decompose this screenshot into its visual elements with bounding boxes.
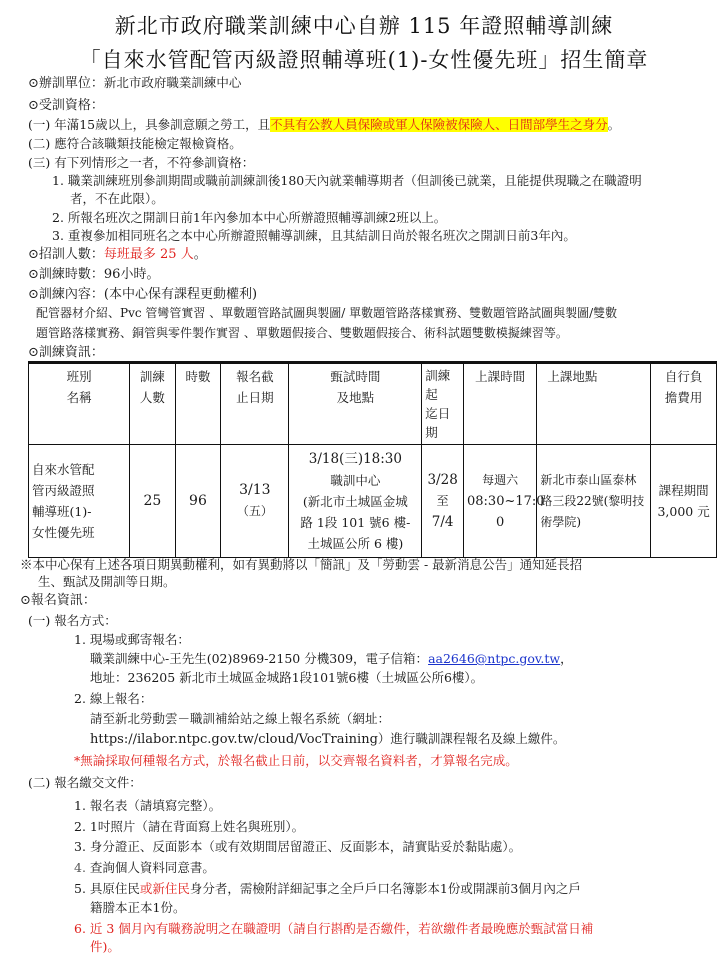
onsite-registration-label: 1. 現場或郵寄報名： [74,631,190,648]
enrollment-label: ⊙招訓人數： [28,247,104,262]
organizer-label: ⊙辦訓單位： [28,76,104,91]
hours-value: 96小時。 [104,267,160,282]
cell-location: 新北市泰山區泰林路三段22號(黎明技術學院) [537,445,651,558]
page-subtitle: 「自來水管配管丙級證照輔導班(1)-女性優先班」招生簡章 [0,44,728,74]
cell-trainees: 25 [130,445,176,558]
document-item-4: 4. 查詢個人資料同意書。 [74,859,215,876]
eligibility-item-1-suffix: 。 [608,117,621,132]
col-fee: 自行負擔費用 [651,363,717,445]
document-item-5-suffix: 身分者，需檢附詳細記事之全戶戶口名簿影本1份或開課前3個月內之戶 [190,881,581,896]
content-line-1: 配管器材介紹、Pvc 管彎管實習 、單數題管路試圖與製圖/ 單數題管路落樣實務、… [36,305,617,322]
col-location: 上課地點 [537,363,651,445]
col-trainees: 訓練人數 [130,363,176,445]
col-class-time: 上課時間 [464,363,537,445]
online-suffix: ）進行職訓課程報名及線上繳件。 [378,731,566,746]
registration-heading: ⊙報名資訊： [20,592,96,609]
online-registration-line-1: 請至新北勞動雲－職訓補給站之線上報名系統（網址： [90,710,390,727]
cell-fee: 課程期間3,000 元 [651,445,717,558]
col-hours: 時數 [175,363,221,445]
cell-exam: 3/18(三)18:30職訓中心(新北市土城區金城路 1段 101 號6 樓-土… [289,445,422,558]
online-registration-label: 2. 線上報名： [74,690,152,707]
content-heading: ⊙訓練內容：(本中心保有課程更動權利) [28,286,257,303]
registration-method-heading: (一) 報名方式： [28,612,117,629]
document-item-6-cont: 件)。 [90,938,120,955]
col-class-name: 班別名稱 [29,363,130,445]
col-deadline: 報名截止日期 [221,363,289,445]
organizer-line: ⊙辦訓單位：新北市政府職業訓練中心 [28,74,241,92]
document-item-2: 2. 1吋照片（請在背面寫上姓名與班別）。 [74,818,304,835]
address-line: 地址：236205 新北市土城區金城路1段101號6樓（土城區公所6樓）。 [90,669,483,686]
contact-suffix: ， [560,651,573,666]
contact-line: 職業訓練中心-王先生(02)8969-2150 分機309，電子信箱：aa264… [90,650,573,667]
document-item-4-number: 4. [74,860,86,875]
eligibility-sub-1-cont: 者，不在此限）。 [70,190,164,207]
eligibility-sub-1: 1. 職業訓練班別參訓期間或職前訓練訓後180天內就業輔導期者（但訓後已就業，且… [52,172,642,189]
hours-line: ⊙訓練時數：96小時。 [28,266,159,283]
cell-deadline: 3/13（五） [221,445,289,558]
registration-warning: *無論採取何種報名方式，於報名截止日前，以交齊報名資料者，才算報名完成。 [74,752,518,769]
eligibility-item-3: (三) 有下列情形之一者，不符參訓資格： [28,154,254,171]
enrollment-line: ⊙招訓人數：每班最多 25 人。 [28,246,207,263]
document-item-6: 6. 近 3 個月內有職務說明之在職證明（請自行斟酌是否繳件，若欲繳件者最晚應於… [74,920,593,937]
col-exam: 甄試時間及地點 [289,363,422,445]
notice-line-2: 生、甄試及開訓等日期。 [38,573,176,590]
content-line-2: 題管路落樣實務、銅管與零件製作實習 、單數題假接合、雙數題假接合、術科試題雙數模… [36,325,568,342]
table-header-row: 班別名稱 訓練人數 時數 報名截止日期 甄試時間及地點 訓練起迄日期 上課時間 … [29,363,717,445]
recruitment-brochure: 新北市政府職業訓練中心自辦 115 年證照輔導訓練 「自來水管配管丙級證照輔導班… [0,0,728,956]
document-item-5-cont: 籍謄本正本1份。 [90,899,185,916]
email-link[interactable]: aa2646@ntpc.gov.tw [428,651,560,666]
eligibility-item-1: (一) 年滿15歲以上，具參訓意願之勞工，且不具有公教人員保險或軍人保險被保險人… [28,116,620,133]
enrollment-suffix: 。 [194,247,207,262]
training-info-heading: ⊙訓練資訊： [28,344,104,361]
online-registration-line-2: https://ilabor.ntpc.gov.tw/cloud/VocTrai… [90,730,565,748]
documents-heading: (二) 報名繳交文件： [28,774,142,791]
document-item-3: 3. 身分證正、反面影本（或有效期間居留證正、反面影本，請實貼妥於黏貼處）。 [74,838,521,855]
cell-period: 3/28至7/4 [422,445,464,558]
cell-class-name: 自來水管配管丙級證照輔導班(1)-女性優先班 [29,445,130,558]
training-info-table: 班別名稱 訓練人數 時數 報名截止日期 甄試時間及地點 訓練起迄日期 上課時間 … [28,361,717,558]
eligibility-item-2: (二) 應符合該職類技能檢定報檢資格。 [28,135,242,152]
eligibility-item-1-text: (一) 年滿15歲以上，具參訓意願之勞工，且 [28,117,270,132]
organizer-value: 新北市政府職業訓練中心 [104,75,242,90]
document-item-5-red: 或新住民 [140,881,190,896]
enrollment-value: 每班最多 25 人 [104,247,194,262]
online-url[interactable]: https://ilabor.ntpc.gov.tw/cloud/VocTrai… [90,732,378,747]
document-item-1: 1. 報名表（請填寫完整）。 [74,797,221,814]
document-item-5: 5. 具原住民或新住民身分者，需檢附詳細記事之全戶戶口名簿影本1份或開課前3個月… [74,880,581,897]
col-period: 訓練起迄日期 [422,363,464,445]
table-row: 自來水管配管丙級證照輔導班(1)-女性優先班 25 96 3/13（五） 3/1… [29,445,717,558]
eligibility-sub-2: 2. 所報名班次之開訓日前1年內參加本中心所辦證照輔導訓練2班以上。 [52,209,446,226]
cell-class-time: 每週六08:30~17:00 [464,445,537,558]
notice-line-1: ※本中心保有上述各項日期異動權利，如有異動將以「簡訊」及「勞動雲 - 最新消息公… [20,556,582,573]
cell-hours: 96 [175,445,221,558]
document-item-5-prefix: 5. 具原住民 [74,881,140,896]
page-title: 新北市政府職業訓練中心自辦 115 年證照輔導訓練 [0,10,728,40]
document-item-4-text: 查詢個人資料同意書。 [86,860,215,875]
eligibility-sub-3: 3. 重複參加相同班名之本中心所辦證照輔導訓練，且其結訓日尚於報名班次之開訓日前… [52,227,576,244]
contact-text: 職業訓練中心-王先生(02)8969-2150 分機309，電子信箱： [90,651,428,666]
eligibility-highlight: 不具有公教人員保險或軍人保險被保險人、日間部學生之身分 [270,117,608,132]
hours-label: ⊙訓練時數： [28,267,104,282]
eligibility-heading: ⊙受訓資格： [28,97,104,114]
